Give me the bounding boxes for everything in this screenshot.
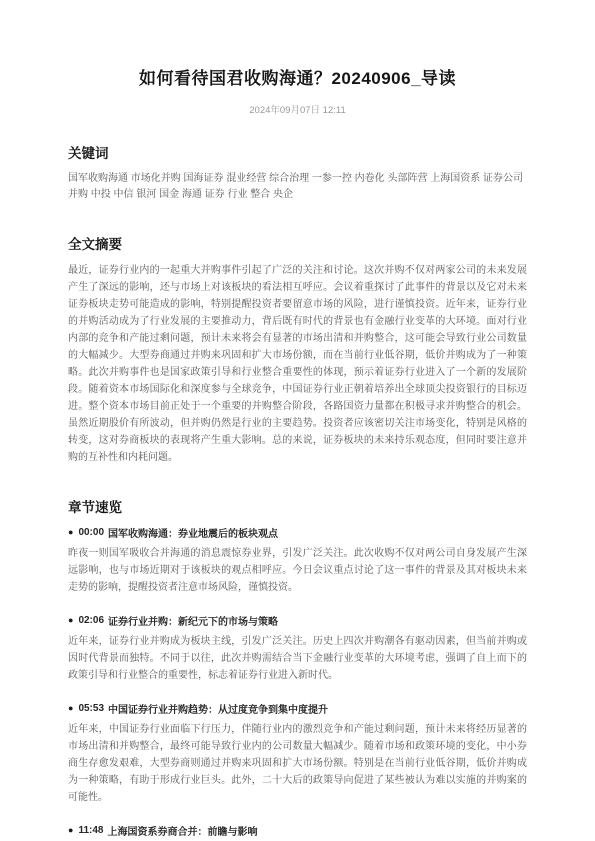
chapter-heading: ● 11:48 上海国资系券商合并：前瞻与影响	[68, 823, 527, 838]
chapter-heading: ● 02:06 证券行业并购：新纪元下的市场与策略	[68, 613, 527, 628]
publish-date: 2024年09月07日 12:11	[68, 102, 527, 116]
chapter-item: ● 02:06 证券行业并购：新纪元下的市场与策略 近年来，证券行业并购成为板块…	[68, 613, 527, 684]
bullet-icon: ●	[68, 826, 73, 835]
chapter-text: 昨夜一则国军吸收合并海通的消息震惊券业界，引发广泛关注。此次收购不仅对两公司自身…	[68, 545, 527, 596]
document-page: 如何看待国君收购海通？20240906_导读 2024年09月07日 12:11…	[0, 0, 595, 841]
chapter-text: 近年来，中国证券行业面临下行压力，伴随行业内的激烈竞争和产能过剩问题，预计未来将…	[68, 721, 527, 806]
keywords-heading: 关键词	[68, 142, 527, 162]
page-title: 如何看待国君收购海通？20240906_导读	[68, 64, 527, 89]
chapter-item: ● 00:00 国军收购海通：券业地震后的板块观点 昨夜一则国军吸收合并海通的消…	[68, 525, 527, 596]
chapter-timestamp: 02:06	[78, 615, 104, 626]
chapter-text: 近年来，证券行业并购成为板块主线，引发广泛关注。历史上四次并购潮各有驱动因素，但…	[68, 633, 527, 684]
summary-text: 最近，证券行业内的一起重大并购事件引起了广泛的关注和讨论。这次并购不仅对两家公司…	[68, 262, 527, 466]
chapter-heading: ● 00:00 国军收购海通：券业地震后的板块观点	[68, 525, 527, 540]
bullet-icon: ●	[68, 616, 73, 625]
chapters-section: 章节速览 ● 00:00 国军收购海通：券业地震后的板块观点 昨夜一则国军吸收合…	[68, 496, 527, 838]
chapter-item: ● 05:53 中国证券行业并购趋势：从过度竞争到集中度提升 近年来，中国证券行…	[68, 701, 527, 806]
chapter-title: 国军收购海通：券业地震后的板块观点	[108, 525, 278, 540]
chapter-item: ● 11:48 上海国资系券商合并：前瞻与影响	[68, 823, 527, 838]
summary-heading: 全文摘要	[68, 233, 527, 253]
chapter-title: 证券行业并购：新纪元下的市场与策略	[108, 613, 278, 628]
chapters-heading: 章节速览	[68, 496, 527, 516]
bullet-icon: ●	[68, 528, 73, 537]
bullet-icon: ●	[68, 704, 73, 713]
chapter-timestamp: 00:00	[78, 527, 104, 538]
summary-section: 全文摘要 最近，证券行业内的一起重大并购事件引起了广泛的关注和讨论。这次并购不仅…	[68, 233, 527, 466]
chapter-heading: ● 05:53 中国证券行业并购趋势：从过度竞争到集中度提升	[68, 701, 527, 716]
chapter-title: 上海国资系券商合并：前瞻与影响	[107, 823, 257, 838]
chapter-timestamp: 11:48	[78, 825, 103, 836]
keywords-text: 国军收购海通 市场化并购 国海证券 混业经营 综合治理 一参一控 内卷化 头部阵…	[68, 171, 527, 203]
chapter-timestamp: 05:53	[78, 703, 104, 714]
chapter-title: 中国证券行业并购趋势：从过度竞争到集中度提升	[108, 701, 328, 716]
keywords-section: 关键词 国军收购海通 市场化并购 国海证券 混业经营 综合治理 一参一控 内卷化…	[68, 142, 527, 203]
